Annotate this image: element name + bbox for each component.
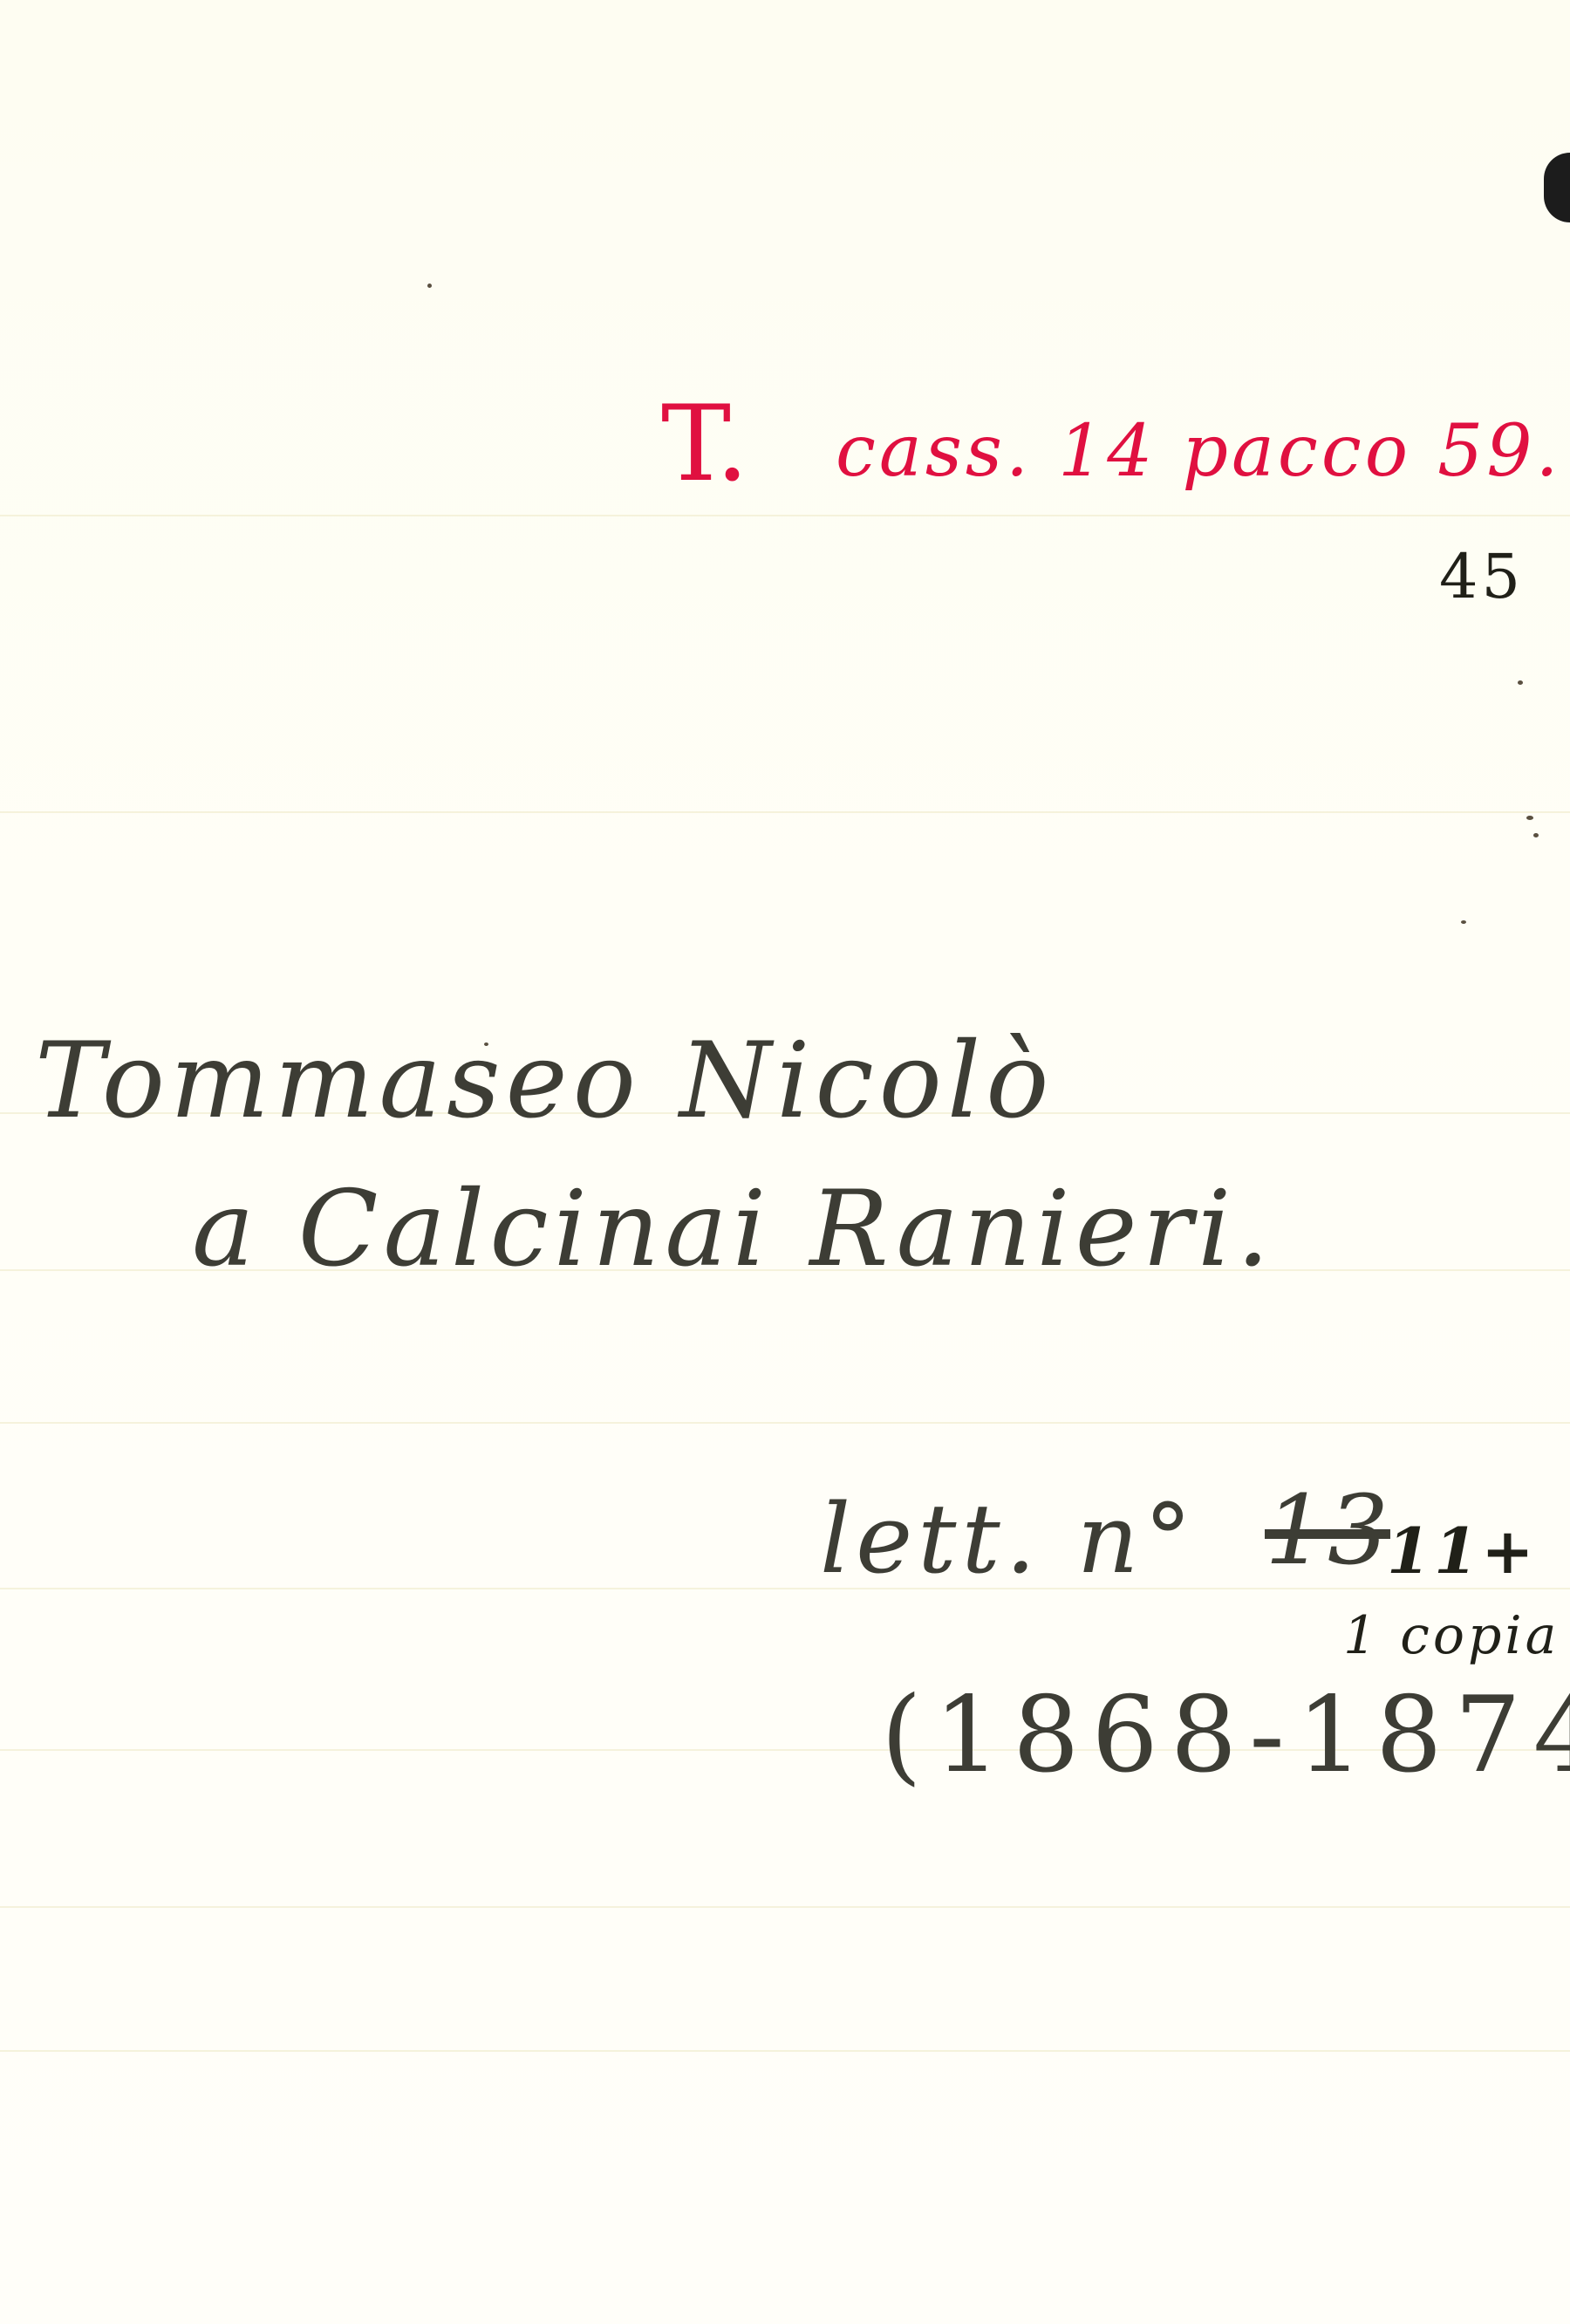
ruled-line — [0, 515, 1570, 516]
reference-sub-number: 45 — [1439, 541, 1524, 612]
edge-ink-mark — [1544, 153, 1570, 222]
ruled-line — [0, 1422, 1570, 1424]
reference-location: cass. 14 pacco 59. — [836, 410, 1562, 493]
ink-speck — [427, 284, 432, 288]
ink-speck — [1533, 833, 1539, 837]
archive-index-card: T. cass. 14 pacco 59. 45 Tommaseo Nicolò… — [0, 0, 1570, 2324]
ruled-line — [0, 2050, 1570, 2052]
reference-prefix: T. — [661, 384, 749, 505]
ruled-line — [0, 811, 1570, 813]
ruled-line — [0, 1588, 1570, 1589]
letters-count-label: lett. n° — [820, 1483, 1197, 1595]
ink-speck — [1518, 680, 1523, 685]
letters-count-value: 11+ — [1387, 1514, 1538, 1588]
ink-speck — [1461, 920, 1466, 924]
letters-date-range: (1868-1874) — [881, 1675, 1570, 1796]
correspondent-recipient: a Calcinai Ranieri. — [192, 1169, 1275, 1290]
letters-count-struck: 13 — [1265, 1474, 1390, 1586]
ruled-line — [0, 1906, 1570, 1908]
correspondent-author: Tommaseo Nicolò — [35, 1021, 1055, 1142]
ink-speck — [1526, 816, 1533, 820]
letters-copy-note: 1 copia — [1343, 1605, 1560, 1666]
